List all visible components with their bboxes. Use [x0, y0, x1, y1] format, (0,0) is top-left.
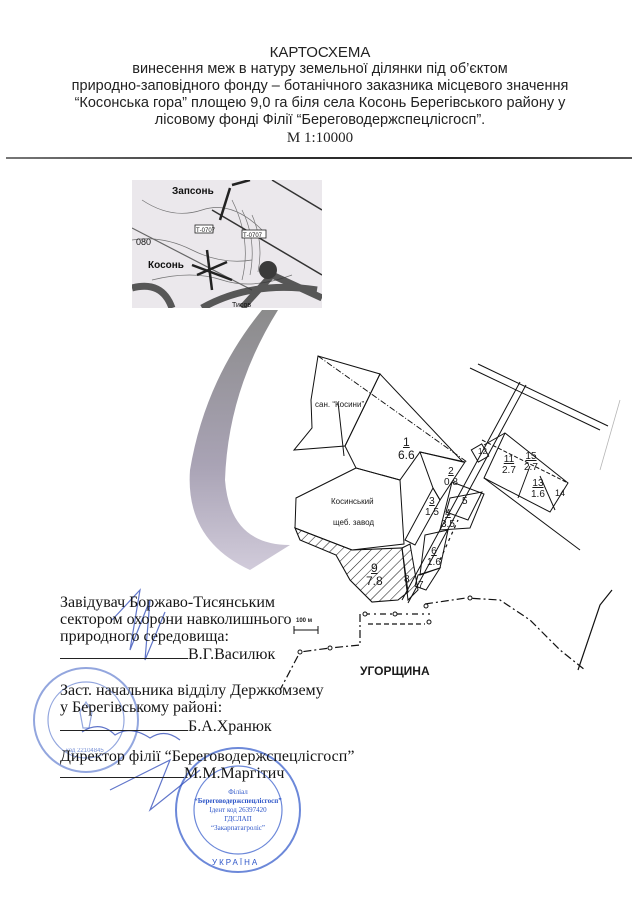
signature-block-ecology: Завідувач Боржаво-Тисянським сектором ох…	[60, 594, 292, 663]
signature-block-director: Директор філії “Береговодержспецлісгосп”…	[60, 748, 354, 782]
forestry-stamp-text: Філіал “Береговодержспецлісгосп” Ідент к…	[183, 788, 293, 833]
signatory-name-vasyliuk: В.Г.Василюк	[188, 646, 275, 663]
signature-block-landcommittee: Заст. начальника відділу Держкомзему у Б…	[60, 682, 324, 735]
signatory-name-margitych: М.М.Маргітич	[184, 765, 284, 782]
forestry-stamp-country: УКРАЇНА	[212, 858, 259, 867]
signatory-name-khraniuk: Б.А.Хранюк	[188, 718, 272, 735]
